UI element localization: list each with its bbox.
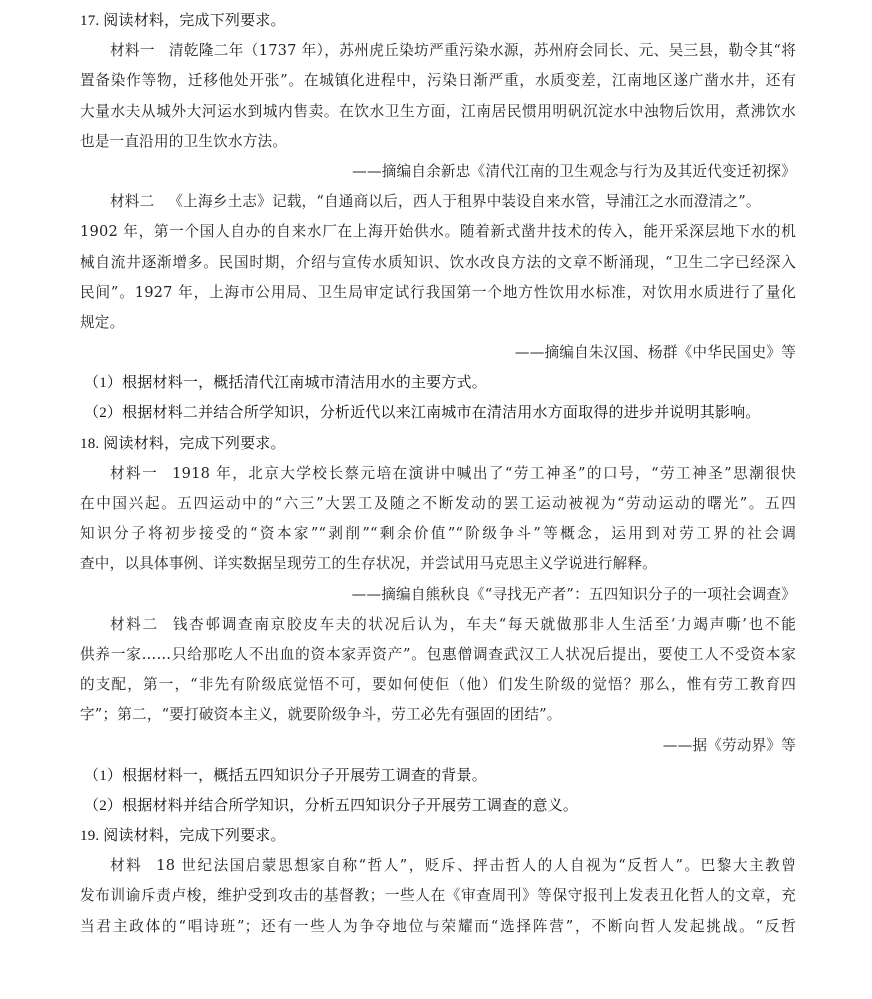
material-label: 材料二: [110, 616, 159, 633]
q17-sub-question-2: （2）根据材料二并结合所学知识，分析近代以来江南城市在清洁用水方面取得的进步并说…: [80, 398, 796, 428]
q17-m2-line-5: 规定。: [80, 308, 796, 338]
q18-m1-line-2: 在中国兴起。五四运动中的“六三”大罢工及随之不断发动的罢工运动被视为“劳动运动的…: [80, 489, 796, 519]
q19-m-line-1: 材料18 世纪法国启蒙思想家自称“哲人”，贬斥、抨击哲人的人自视为“反哲人”。巴…: [80, 851, 796, 881]
q18-m2-line-4: 字”；第二，“要打破资本主义，就要阶级争斗，劳工必先有强固的团结”。: [80, 700, 796, 730]
q18-m1-line-1: 材料一1918 年，北京大学校长蔡元培在演讲中喊出了“劳工神圣”的口号，“劳工神…: [80, 459, 796, 489]
q18-material-2: 材料二钱杏邨调查南京胶皮车夫的状况后认为，车夫“每天就做那非人生活至‘力竭声嘶’…: [80, 610, 796, 761]
q18-m2-source: ——据《劳动界》等: [80, 731, 796, 761]
q17-sub-question-1: （1）根据材料一，概括清代江南城市清洁用水的主要方式。: [80, 368, 796, 398]
material-text: 清乾隆二年（1737 年），苏州虎丘染坊严重污染水源，苏州府会同长、元、吴三县，…: [169, 42, 796, 59]
q19-m-line-2: 发布训谕斥责卢梭，维护受到攻击的基督教；一些人在《审查周刊》等保守报刊上发表丑化…: [80, 881, 796, 911]
q17-m1-source: ——摘编自余新忠《清代江南的卫生观念与行为及其近代变迁初探》: [80, 157, 796, 187]
exam-page: 17. 阅读材料，完成下列要求。 材料一清乾隆二年（1737 年），苏州虎丘染坊…: [80, 6, 796, 942]
q18-m1-source: ——摘编自熊秋良《“寻找无产者”：五四知识分子的一项社会调查》: [80, 580, 796, 610]
question-19: 19. 阅读材料，完成下列要求。 材料18 世纪法国启蒙思想家自称“哲人”，贬斥…: [80, 821, 796, 942]
q18-m1-line-3: 知识分子将初步接受的“资本家”“剥削”“剩余价值”“阶级争斗”等概念，运用到对劳…: [80, 519, 796, 549]
material-text: 《上海乡土志》记载，“自通商以后，西人于租界中装设自来水管，导浦江之水而澄清之”…: [168, 193, 760, 210]
q17-material-1: 材料一清乾隆二年（1737 年），苏州虎丘染坊严重污染水源，苏州府会同长、元、吴…: [80, 36, 796, 187]
q17-material-2: 材料二《上海乡土志》记载，“自通商以后，西人于租界中装设自来水管，导浦江之水而澄…: [80, 187, 796, 368]
q18-m2-line-1: 材料二钱杏邨调查南京胶皮车夫的状况后认为，车夫“每天就做那非人生活至‘力竭声嘶’…: [80, 610, 796, 640]
q17-m1-line-2: 置备染作等物，迁移他处开张”。在城镇化进程中，污染日渐严重，水质变差，江南地区遂…: [80, 66, 796, 96]
q19-material: 材料18 世纪法国启蒙思想家自称“哲人”，贬斥、抨击哲人的人自视为“反哲人”。巴…: [80, 851, 796, 942]
q18-material-1: 材料一1918 年，北京大学校长蔡元培在演讲中喊出了“劳工神圣”的口号，“劳工神…: [80, 459, 796, 610]
q17-m2-line-1: 材料二《上海乡土志》记载，“自通商以后，西人于租界中装设自来水管，导浦江之水而澄…: [80, 187, 796, 217]
material-label: 材料一: [110, 42, 155, 59]
q17-m2-source: ——摘编自朱汉国、杨群《中华民国史》等: [80, 338, 796, 368]
q18-sub-question-1: （1）根据材料一，概括五四知识分子开展劳工调查的背景。: [80, 761, 796, 791]
question-19-title: 19. 阅读材料，完成下列要求。: [80, 821, 796, 851]
q18-m1-line-4: 查中，以具体事例、详实数据呈现劳工的生存状况，并尝试用马克思主义学说进行解释。: [80, 549, 796, 579]
question-17-title: 17. 阅读材料，完成下列要求。: [80, 6, 796, 36]
q17-m2-line-3: 械自流井逐渐增多。民国时期，介绍与宣传水质知识、饮水改良方法的文章不断涌现，“卫…: [80, 248, 796, 278]
q17-m1-line-4: 也是一直沿用的卫生饮水方法。: [80, 127, 796, 157]
question-18: 18. 阅读材料，完成下列要求。 材料一1918 年，北京大学校长蔡元培在演讲中…: [80, 429, 796, 821]
material-label: 材料一: [110, 465, 158, 482]
q18-m2-line-3: 的支配，第一，“非先有阶级底觉悟不可，要如何使佢（他）们发生阶级的觉悟？那么，惟…: [80, 670, 796, 700]
material-label: 材料: [110, 857, 142, 874]
q17-m2-line-2: 1902 年，第一个国人自办的自来水厂在上海开始供水。随着新式凿井技术的传入，能…: [80, 217, 796, 247]
q19-m-line-3: 当君主政体的“唱诗班”；还有一些人为争夺地位与荣耀而“选择阵营”，不断向哲人发起…: [80, 912, 796, 942]
q18-sub-question-2: （2）根据材料并结合所学知识，分析五四知识分子开展劳工调查的意义。: [80, 791, 796, 821]
material-text: 1918 年，北京大学校长蔡元培在演讲中喊出了“劳工神圣”的口号，“劳工神圣”思…: [172, 465, 796, 482]
material-text: 18 世纪法国启蒙思想家自称“哲人”，贬斥、抨击哲人的人自视为“反哲人”。巴黎大…: [156, 857, 796, 874]
q17-m2-line-4: 民间”。1927 年，上海市公用局、卫生局审定试行我国第一个地方性饮用水标准，对…: [80, 278, 796, 308]
q18-m2-line-2: 供养一家……只给那吃人不出血的资本家弄资产”。包惠僧调查武汉工人状况后提出，要使…: [80, 640, 796, 670]
q17-m1-line-3: 大量水夫从城外大河运水到城内售卖。在饮水卫生方面，江南居民惯用明矾沉淀水中浊物后…: [80, 97, 796, 127]
question-17: 17. 阅读材料，完成下列要求。 材料一清乾隆二年（1737 年），苏州虎丘染坊…: [80, 6, 796, 429]
material-text: 钱杏邨调查南京胶皮车夫的状况后认为，车夫“每天就做那非人生活至‘力竭声嘶’也不能: [173, 616, 796, 633]
question-18-title: 18. 阅读材料，完成下列要求。: [80, 429, 796, 459]
material-label: 材料二: [110, 193, 154, 210]
q17-m1-line-1: 材料一清乾隆二年（1737 年），苏州虎丘染坊严重污染水源，苏州府会同长、元、吴…: [80, 36, 796, 66]
